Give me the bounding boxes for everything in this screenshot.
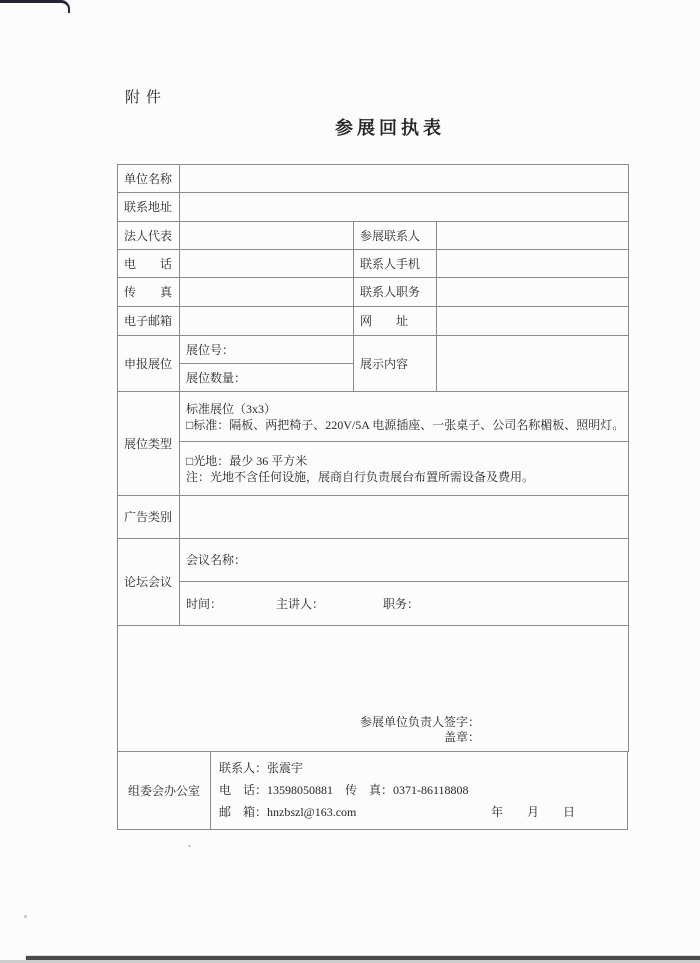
meeting-name-cell: 会议名称： (180, 539, 629, 582)
booth-no-cell: 展位号： (180, 336, 354, 364)
raw-space-cell: □光地：最少 36 平方米 注：光地不含任何设施，展商自行负责展台布置所需设备及… (180, 442, 629, 496)
row-address: 联系地址 (118, 193, 629, 222)
scan-speck (188, 845, 191, 847)
row-unit-name: 单位名称 (118, 165, 629, 193)
legal-rep-label: 法人代表 (118, 222, 180, 250)
raw-space-note: 注：光地不含任何设施，展商自行负责展台布置所需设备及费用。 (186, 469, 626, 485)
row-fax: 传 真 联系人职务 (118, 278, 629, 307)
phone-value-cell (180, 250, 354, 278)
standard-booth-desc: □标准：隔板、两把椅子、220V/5A 电源插座、一张桌子、公司名称楣板、照明灯… (186, 417, 626, 433)
email-value-cell (180, 307, 354, 336)
date-fields: 年 月 日 (491, 801, 575, 823)
exh-contact-value-cell (437, 222, 629, 250)
mobile-label: 联系人手机 (354, 250, 437, 278)
scan-corner-artifact (0, 0, 70, 13)
scan-speck (24, 915, 27, 918)
booth-qty-cell: 展位数量： (180, 364, 354, 392)
booth-apply-label: 申报展位 (118, 336, 180, 392)
reply-form-table: 单位名称 联系地址 法人代表 参展联系人 电 话 联系人手机 传 真 (117, 164, 629, 752)
row-phone: 电 话 联系人手机 (118, 250, 629, 278)
phone-label: 电 话 (118, 250, 180, 278)
ad-category-value-cell (180, 496, 629, 539)
row-forum-meeting-name: 论坛会议 会议名称： (118, 539, 629, 582)
committee-contact-info: 联系人：张震宇 电 话：13598050881 传 真：0371-8611880… (211, 751, 627, 829)
row-booth-type-standard: 展位类型 标准展位（3x3） □标准：隔板、两把椅子、220V/5A 电源插座、… (118, 392, 629, 442)
fax-value-cell (180, 278, 354, 307)
committee-contact-person: 联系人：张震宇 (219, 757, 627, 779)
raw-space-title: □光地：最少 36 平方米 (186, 453, 626, 469)
signature-block: 参展单位负责人签字： 盖章： (360, 715, 480, 745)
committee-email: 邮 箱：hnzbszl@163.com (219, 801, 356, 823)
display-content-value-cell (437, 336, 629, 392)
row-forum-time: 时间：主讲人：职务： (118, 582, 629, 626)
meeting-time-cell: 时间：主讲人：职务： (180, 582, 629, 626)
row-booth-type-rawspace: □光地：最少 36 平方米 注：光地不含任何设施，展商自行负责展台布置所需设备及… (118, 442, 629, 496)
address-label: 联系地址 (118, 193, 180, 222)
seal-label: 盖章： (360, 730, 480, 745)
speaker-label: 主讲人： (276, 597, 324, 611)
standard-booth-title: 标准展位（3x3） (186, 401, 626, 417)
email-label: 电子邮箱 (118, 307, 180, 336)
legal-rep-value-cell (180, 222, 354, 250)
committee-office-row: 组委会办公室 联系人：张震宇 电 话：13598050881 传 真：0371-… (117, 751, 628, 830)
row-email: 电子邮箱 网 址 (118, 307, 629, 336)
fax-label: 传 真 (118, 278, 180, 307)
time-label: 时间： (186, 597, 222, 611)
standard-booth-cell: 标准展位（3x3） □标准：隔板、两把椅子、220V/5A 电源插座、一张桌子、… (180, 392, 629, 442)
row-legal-rep: 法人代表 参展联系人 (118, 222, 629, 250)
committee-email-line: 邮 箱：hnzbszl@163.com 年 月 日 (219, 801, 627, 823)
website-value-cell (437, 307, 629, 336)
ad-category-label: 广告类别 (118, 496, 180, 539)
speaker-position-label: 职务： (383, 597, 419, 611)
scanned-document-page: 附件 参展回执表 单位名称 联系地址 法人代表 参展联系人 电 话 (0, 0, 700, 963)
address-value-cell (180, 193, 629, 222)
booth-type-label: 展位类型 (118, 392, 180, 496)
row-ad-category: 广告类别 (118, 496, 629, 539)
unit-name-value-cell (180, 165, 629, 193)
row-booth-apply-1: 申报展位 展位号： 展示内容 (118, 336, 629, 364)
committee-phone-fax: 电 话：13598050881 传 真：0371-86118808 (219, 779, 627, 801)
signature-cell: 参展单位负责人签字： 盖章： (118, 626, 629, 752)
exh-contact-label: 参展联系人 (354, 222, 437, 250)
unit-name-label: 单位名称 (118, 165, 180, 193)
forum-label: 论坛会议 (118, 539, 180, 626)
row-signature: 参展单位负责人签字： 盖章： (118, 626, 629, 752)
form-title: 参展回执表 (0, 114, 700, 140)
committee-office-label: 组委会办公室 (118, 751, 211, 829)
contact-title-label: 联系人职务 (354, 278, 437, 307)
attachment-label: 附件 (125, 86, 167, 107)
contact-title-value-cell (437, 278, 629, 307)
signature-label: 参展单位负责人签字： (360, 715, 480, 730)
display-content-label: 展示内容 (354, 336, 437, 392)
mobile-value-cell (437, 250, 629, 278)
website-label: 网 址 (354, 307, 437, 336)
